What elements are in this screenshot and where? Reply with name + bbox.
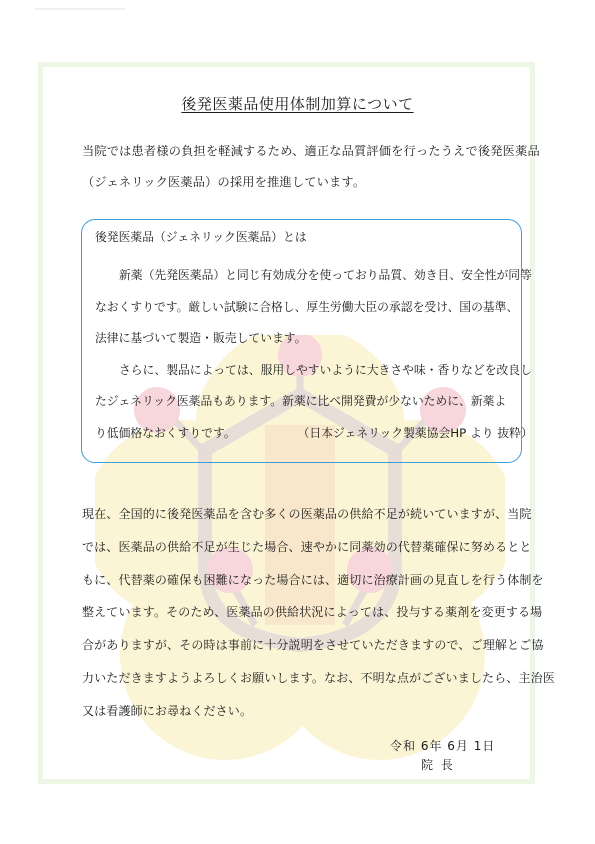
notice-line: 現在、全国的に後発医薬品を含む多くの医薬品の供給不足が続いていますが、当院 — [82, 498, 555, 531]
intro-line: 当院では患者様の負担を軽減するため、適正な品質評価を行ったうえで後発医薬品 — [82, 136, 540, 167]
info-line: なおくすりです。厳しい試験に合格し、厚生労働大臣の承認を受け、国の基準、 — [95, 292, 533, 324]
info-line-with-source: り低価格なおくすりです。（日本ジェネリック製薬協会HP より 抜粋） — [95, 418, 533, 450]
notice-line: 整えています。そのため、医薬品の供給状況によっては、投与する薬剤を変更する場 — [82, 596, 555, 629]
info-line: 新薬（先発医薬品）と同じ有効成分を使っており品質、効き目、安全性が同等 — [95, 260, 533, 292]
notice-line: 又は看護師にお尋ねください。 — [82, 695, 555, 728]
info-box-heading: 後発医薬品（ジェネリック医薬品）とは — [95, 228, 307, 245]
notice-line: もに、代替薬の確保も困難になった場合には、適切に治療計画の見直しを行う体制を — [82, 564, 555, 597]
info-line: り低価格なおくすりです。 — [95, 426, 236, 440]
info-box-text: 新薬（先発医薬品）と同じ有効成分を使っており品質、効き目、安全性が同等 なおくす… — [95, 260, 533, 449]
intro-line: （ジェネリック医薬品）の採用を推進しています。 — [82, 167, 540, 198]
info-line: たジェネリック医薬品もあります。新薬に比べ開発費が少ないために、新薬よ — [95, 386, 533, 418]
notice-line: 合がありますが、その時は事前に十分説明をさせていただきますので、ご理解とご協 — [82, 629, 555, 662]
issue-date: 令和 6年 6月 1日 — [390, 737, 495, 754]
info-line: 法律に基づいて製造・販売しています。 — [95, 323, 533, 355]
supply-notice-paragraph: 現在、全国的に後発医薬品を含む多くの医薬品の供給不足が続いていますが、当院 では… — [82, 498, 555, 728]
document-title: 後発医薬品使用体制加算について — [0, 93, 595, 114]
document-body: 後発医薬品使用体制加算について 当院では患者様の負担を軽減するため、適正な品質評… — [0, 0, 595, 844]
signer-title: 院 長 — [421, 756, 455, 773]
intro-paragraph: 当院では患者様の負担を軽減するため、適正な品質評価を行ったうえで後発医薬品 （ジ… — [82, 136, 540, 198]
notice-line: 力いただきますようよろしくお願いします。なお、不明な点がございましたら、主治医 — [82, 662, 555, 695]
notice-line: では、医薬品の供給不足が生じた場合、速やかに同薬効の代替薬確保に努めるとと — [82, 531, 555, 564]
source-citation: （日本ジェネリック製薬協会HP より 抜粋） — [298, 418, 533, 450]
info-line: さらに、製品によっては、服用しやすいように大きさや味・香りなどを改良し — [95, 355, 533, 387]
